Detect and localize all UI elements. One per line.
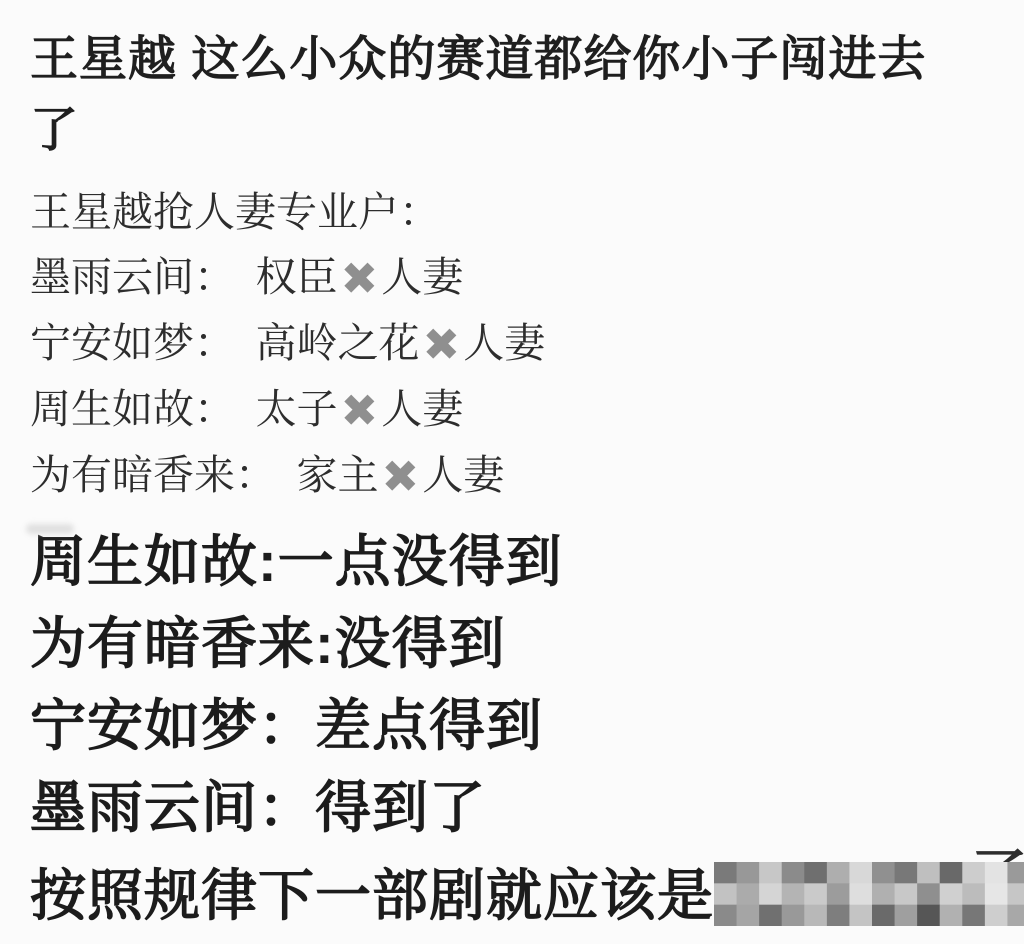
work-item-left: 宁安如梦： 高岭之花	[30, 320, 420, 366]
intro-line: 王星越抢人妻专业户：	[30, 180, 996, 245]
work-item-right: 人妻	[463, 320, 545, 366]
cross-icon: ✖	[341, 385, 379, 436]
result-line-weiyouanxianglai: 为有暗香来:没得到	[30, 603, 996, 685]
work-item-left: 墨雨云间： 权臣	[30, 254, 338, 300]
work-item-weiyouanxianglai: 为有暗香来： 家主✖人妻	[30, 443, 996, 509]
post-title-line-1: 王星越 这么小众的赛道都给你小子闯进去	[30, 33, 926, 86]
censor-mosaic-icon	[714, 862, 1024, 926]
work-item-right: 人妻	[381, 254, 463, 300]
smudge-artifact	[26, 524, 74, 534]
work-item-moyuyunjian: 墨雨云间： 权臣✖人妻	[30, 245, 996, 311]
censored-region: 了	[714, 855, 1024, 927]
post-title-line-2: 了	[30, 104, 79, 157]
conclusion-prefix: 按照规律下一部剧就应该是	[30, 864, 714, 927]
work-item-ninganrumeng: 宁安如梦： 高岭之花✖人妻	[30, 311, 996, 377]
conclusion-line: 按照规律下一部剧就应该是了	[30, 855, 996, 937]
result-line-zhoushengrugu: 周生如故:一点没得到	[30, 521, 996, 603]
works-list: 王星越抢人妻专业户： 墨雨云间： 权臣✖人妻 宁安如梦： 高岭之花✖人妻 周生如…	[30, 180, 996, 509]
work-item-zhoushengrugu: 周生如故： 太子✖人妻	[30, 377, 996, 443]
cross-icon: ✖	[423, 319, 461, 370]
work-item-left: 为有暗香来： 家主	[30, 452, 379, 498]
cross-icon: ✖	[382, 451, 420, 502]
post: 王星越 这么小众的赛道都给你小子闯进去了 王星越抢人妻专业户： 墨雨云间： 权臣…	[0, 0, 1024, 937]
result-line-moyuyunjian: 墨雨云间：得到了	[30, 767, 996, 849]
post-title: 王星越 这么小众的赛道都给你小子闯进去了	[30, 24, 996, 166]
work-item-right: 人妻	[381, 386, 463, 432]
result-line-ninganrumeng: 宁安如梦：差点得到	[30, 685, 996, 767]
results-list: 周生如故:一点没得到 为有暗香来:没得到 宁安如梦：差点得到 墨雨云间：得到了	[30, 521, 996, 849]
cross-icon: ✖	[341, 253, 379, 304]
work-item-left: 周生如故： 太子	[30, 386, 338, 432]
work-item-right: 人妻	[422, 452, 504, 498]
